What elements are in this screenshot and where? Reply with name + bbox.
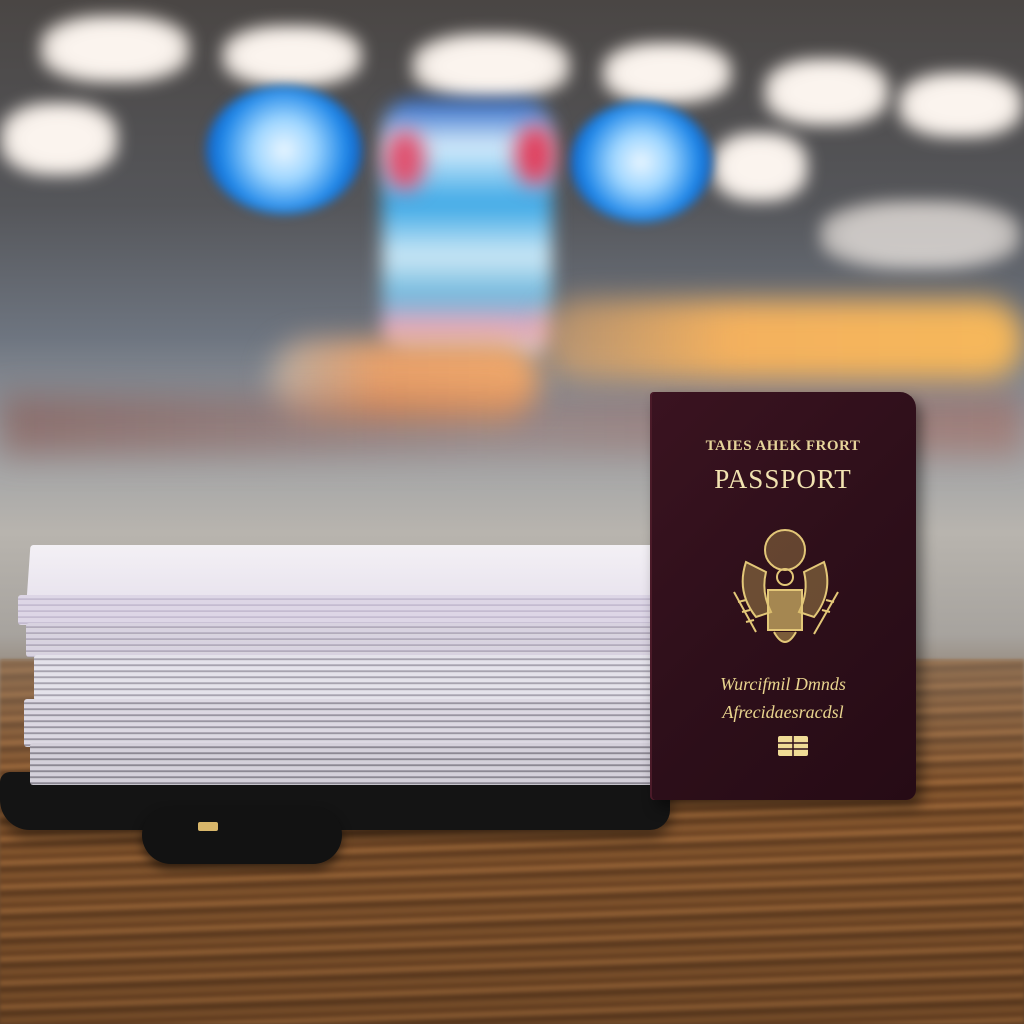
ceiling-light (40, 15, 190, 83)
paper-sheet (34, 655, 663, 701)
passport-header-text: TAIES AHEK FRORT (650, 438, 916, 455)
blue-sign-light (206, 86, 362, 214)
ceiling-light (820, 200, 1020, 270)
sign-red-accent (385, 130, 425, 190)
ceiling-light (712, 132, 808, 202)
passport: TAIES AHEK FRORT PASSPORT Wurcifmil Dmnd… (650, 392, 916, 800)
passport-script-line: Afrecidaesracdsl (650, 702, 916, 723)
paper-sheet (30, 743, 663, 785)
eagle-seal-icon (726, 522, 844, 657)
sign-red-accent (515, 125, 555, 185)
ceiling-light (412, 33, 570, 99)
strap-rivet (198, 822, 218, 831)
ceiling-light (602, 42, 732, 104)
orange-bokeh-strip (540, 300, 1024, 380)
biometric-chip-icon (778, 736, 808, 756)
passport-title: PASSPORT (650, 464, 916, 495)
photo-scene: TAIES AHEK FRORT PASSPORT Wurcifmil Dmnd… (0, 0, 1024, 1024)
paper-sheet (24, 699, 663, 747)
paper-stack (18, 545, 663, 795)
paper-sheet (18, 595, 663, 625)
ceiling-light (764, 58, 889, 126)
paper-sheet (26, 623, 663, 657)
passport-script-line: Wurcifmil Dmnds (650, 674, 916, 695)
ceiling-light (222, 25, 362, 87)
organizer-strap (142, 806, 342, 864)
ceiling-light (898, 72, 1023, 138)
blue-sign-light (570, 102, 712, 222)
ceiling-light (0, 102, 118, 176)
